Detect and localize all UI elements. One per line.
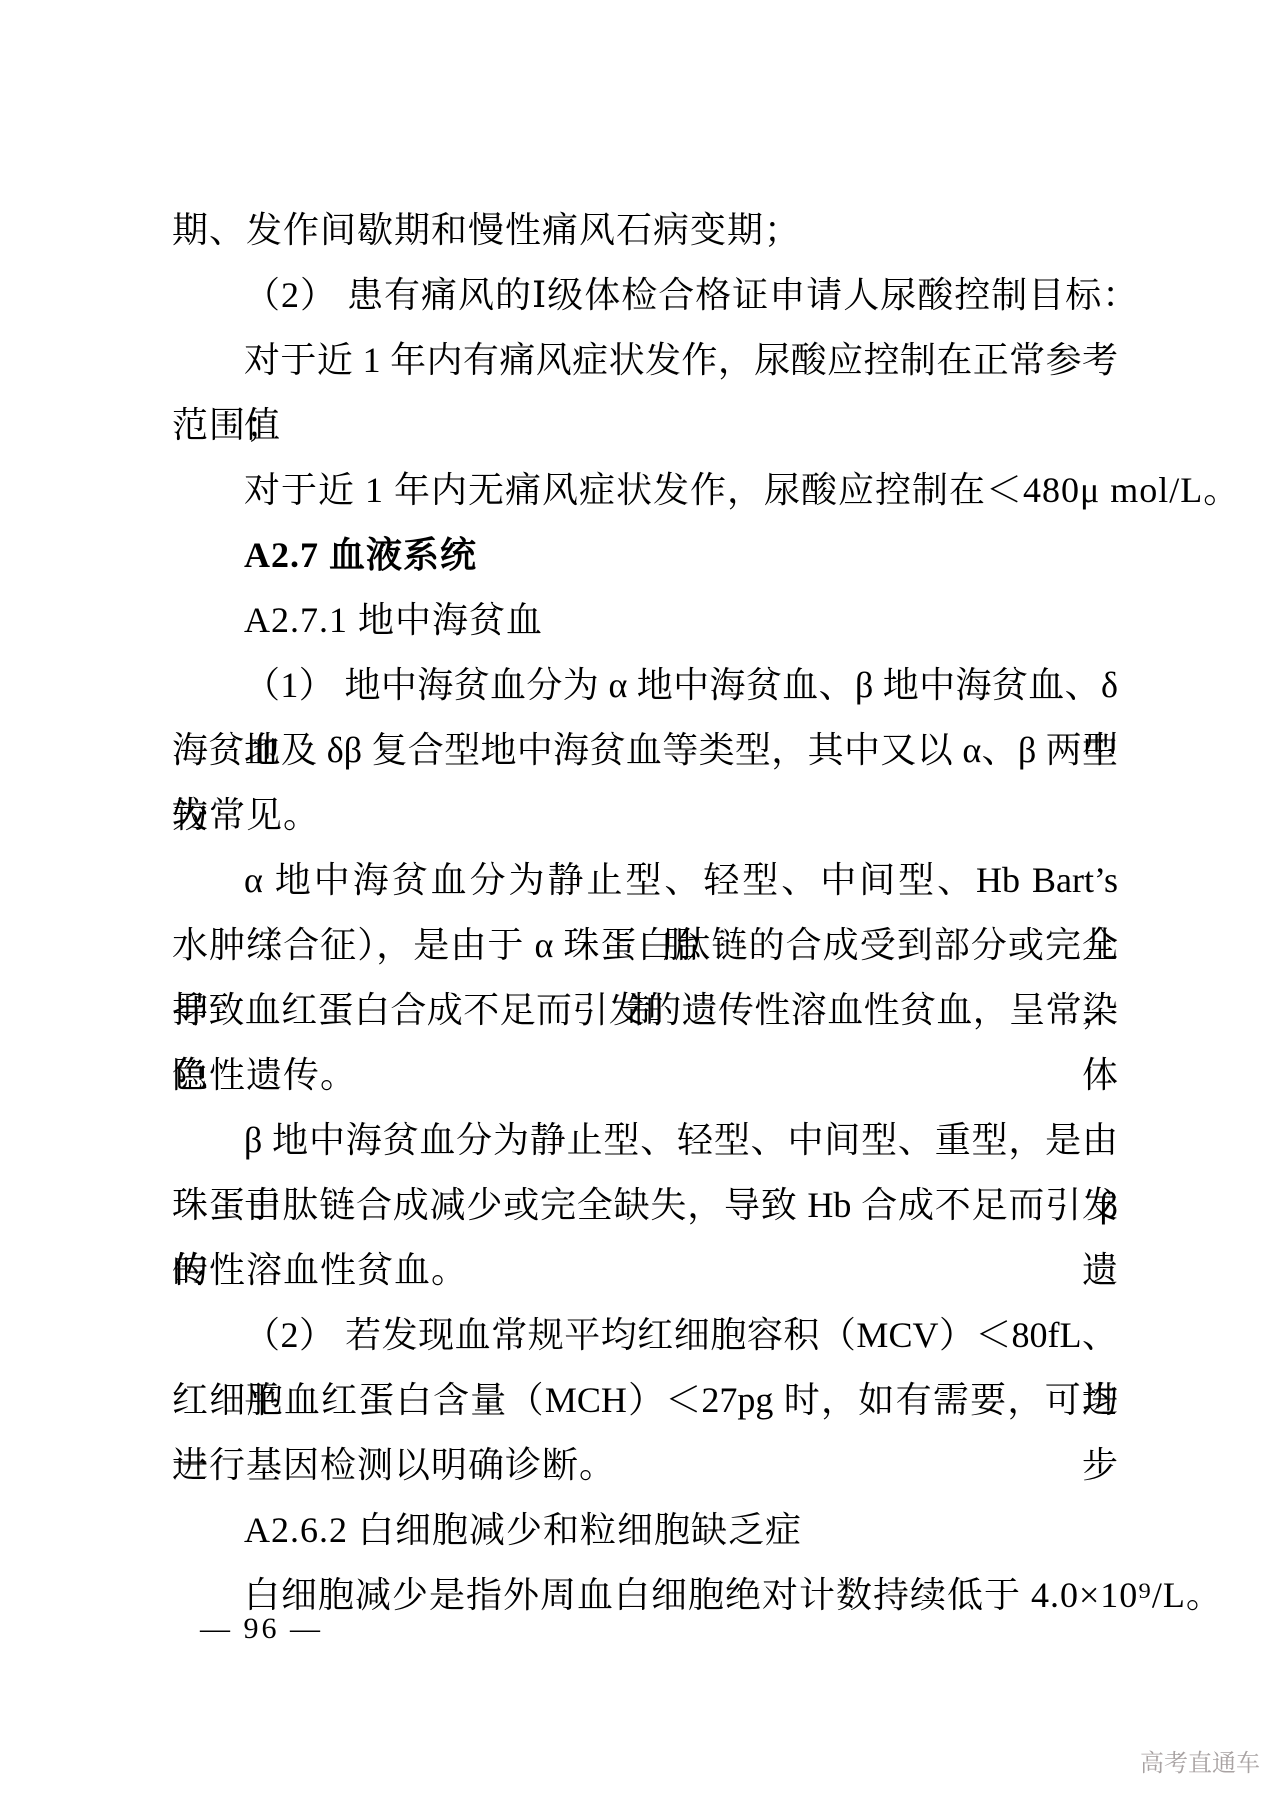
text-line: 为常见。 bbox=[172, 783, 1118, 848]
text-line: 水肿综合征），是由于 α 珠蛋白肽链的合成受到部分或完全抑制， bbox=[172, 913, 1118, 978]
text-block: 期、发作间歇期和慢性痛风石病变期；（2） 患有痛风的Ⅰ级体检合格证申请人尿酸控制… bbox=[172, 198, 1118, 1628]
text-line: 对于近 1 年内有痛风症状发作，尿酸应控制在正常参考值 bbox=[172, 328, 1118, 393]
text-line: 珠蛋白肽链合成减少或完全缺失，导致 Hb 合成不足而引发的遗 bbox=[172, 1173, 1118, 1238]
text-line: A2.6.2 白细胞减少和粒细胞缺乏症 bbox=[172, 1498, 1118, 1563]
text-line: β 地中海贫血分为静止型、轻型、中间型、重型，是由于 β bbox=[172, 1108, 1118, 1173]
document-page: 期、发作间歇期和慢性痛风石病变期；（2） 患有痛风的Ⅰ级体检合格证申请人尿酸控制… bbox=[0, 0, 1280, 1810]
text-line: 期、发作间歇期和慢性痛风石病变期； bbox=[172, 198, 1118, 263]
text-line: 对于近 1 年内无痛风症状发作，尿酸应控制在＜480μ mol/L。 bbox=[172, 458, 1118, 523]
text-line: α 地中海贫血分为静止型、轻型、中间型、Hb Bart’s（胎儿 bbox=[172, 848, 1118, 913]
text-line: 红细胞血红蛋白含量（MCH）＜27pg 时，如有需要，可进一步 bbox=[172, 1368, 1118, 1433]
text-line: （2） 若发现血常规平均红细胞容积（MCV）＜80fL、平均 bbox=[172, 1303, 1118, 1368]
text-line: 导致血红蛋白合成不足而引发的遗传性溶血性贫血，呈常染色体 bbox=[172, 978, 1118, 1043]
text-line: A2.7 血液系统 bbox=[172, 523, 1118, 588]
text-line: （1） 地中海贫血分为 α 地中海贫血、β 地中海贫血、δ 地中 bbox=[172, 653, 1118, 718]
text-line: A2.7.1 地中海贫血 bbox=[172, 588, 1118, 653]
text-line: 海贫血及 δβ 复合型地中海贫血等类型，其中又以 α、β 两型较 bbox=[172, 718, 1118, 783]
page-number: — 96 — bbox=[200, 1612, 323, 1646]
text-line: 范围； bbox=[172, 393, 1118, 458]
text-line: （2） 患有痛风的Ⅰ级体检合格证申请人尿酸控制目标： bbox=[172, 263, 1118, 328]
watermark: 高考直通车 bbox=[1140, 1750, 1260, 1778]
